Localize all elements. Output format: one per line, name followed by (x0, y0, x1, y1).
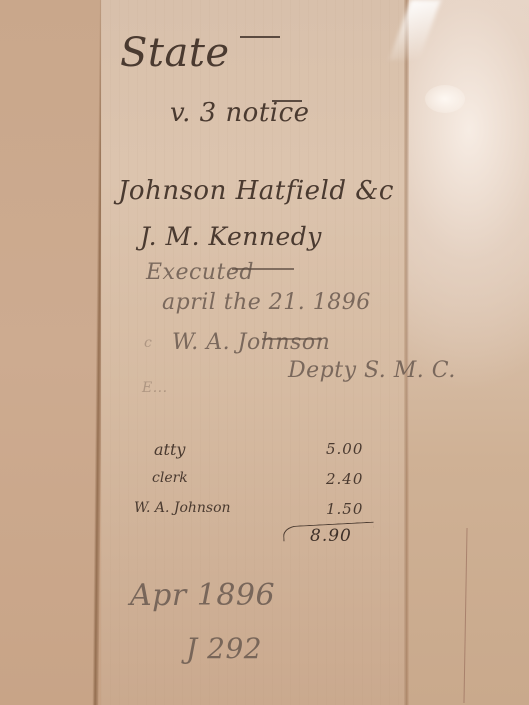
fee-amount: 1.50 (326, 500, 363, 518)
versus-overline (272, 100, 302, 102)
fee-row: clerk 2.40 (0, 470, 529, 500)
executed-underline (232, 268, 294, 270)
fee-label: atty (154, 440, 185, 459)
party-defendant-2: J. M. Kennedy (140, 222, 322, 251)
title-overline (240, 36, 280, 38)
fee-label: clerk (152, 470, 188, 486)
fee-amount: 2.40 (326, 470, 363, 488)
fee-row: W. A. Johnson 1.50 (0, 500, 529, 530)
light-glare-spot (425, 85, 465, 113)
faint-mark: E... (142, 380, 168, 396)
faint-mark: c (144, 335, 152, 351)
party-defendant-1: Johnson Hatfield &c (118, 176, 394, 206)
fee-amount: 5.00 (326, 440, 363, 458)
caption-plaintiff: State (120, 30, 230, 76)
return-signer: W. A. Johnson (172, 330, 330, 355)
paper-left-panel (0, 0, 100, 705)
caption-versus: v. 3 notice (170, 98, 310, 128)
return-status: Executed (146, 260, 254, 285)
return-signer-title: Depty S. M. C. (288, 358, 456, 383)
return-date: april the 21. 1896 (162, 290, 371, 315)
signer-stroke (262, 338, 322, 340)
fees-total: 8.90 (310, 526, 352, 546)
fee-label: W. A. Johnson (134, 500, 231, 516)
fee-row: atty 5.00 (0, 440, 529, 470)
filing-number: J 292 (186, 632, 262, 665)
document-photo: State v. 3 notice Johnson Hatfield &c J.… (0, 0, 529, 705)
filing-date: Apr 1896 (130, 578, 275, 613)
